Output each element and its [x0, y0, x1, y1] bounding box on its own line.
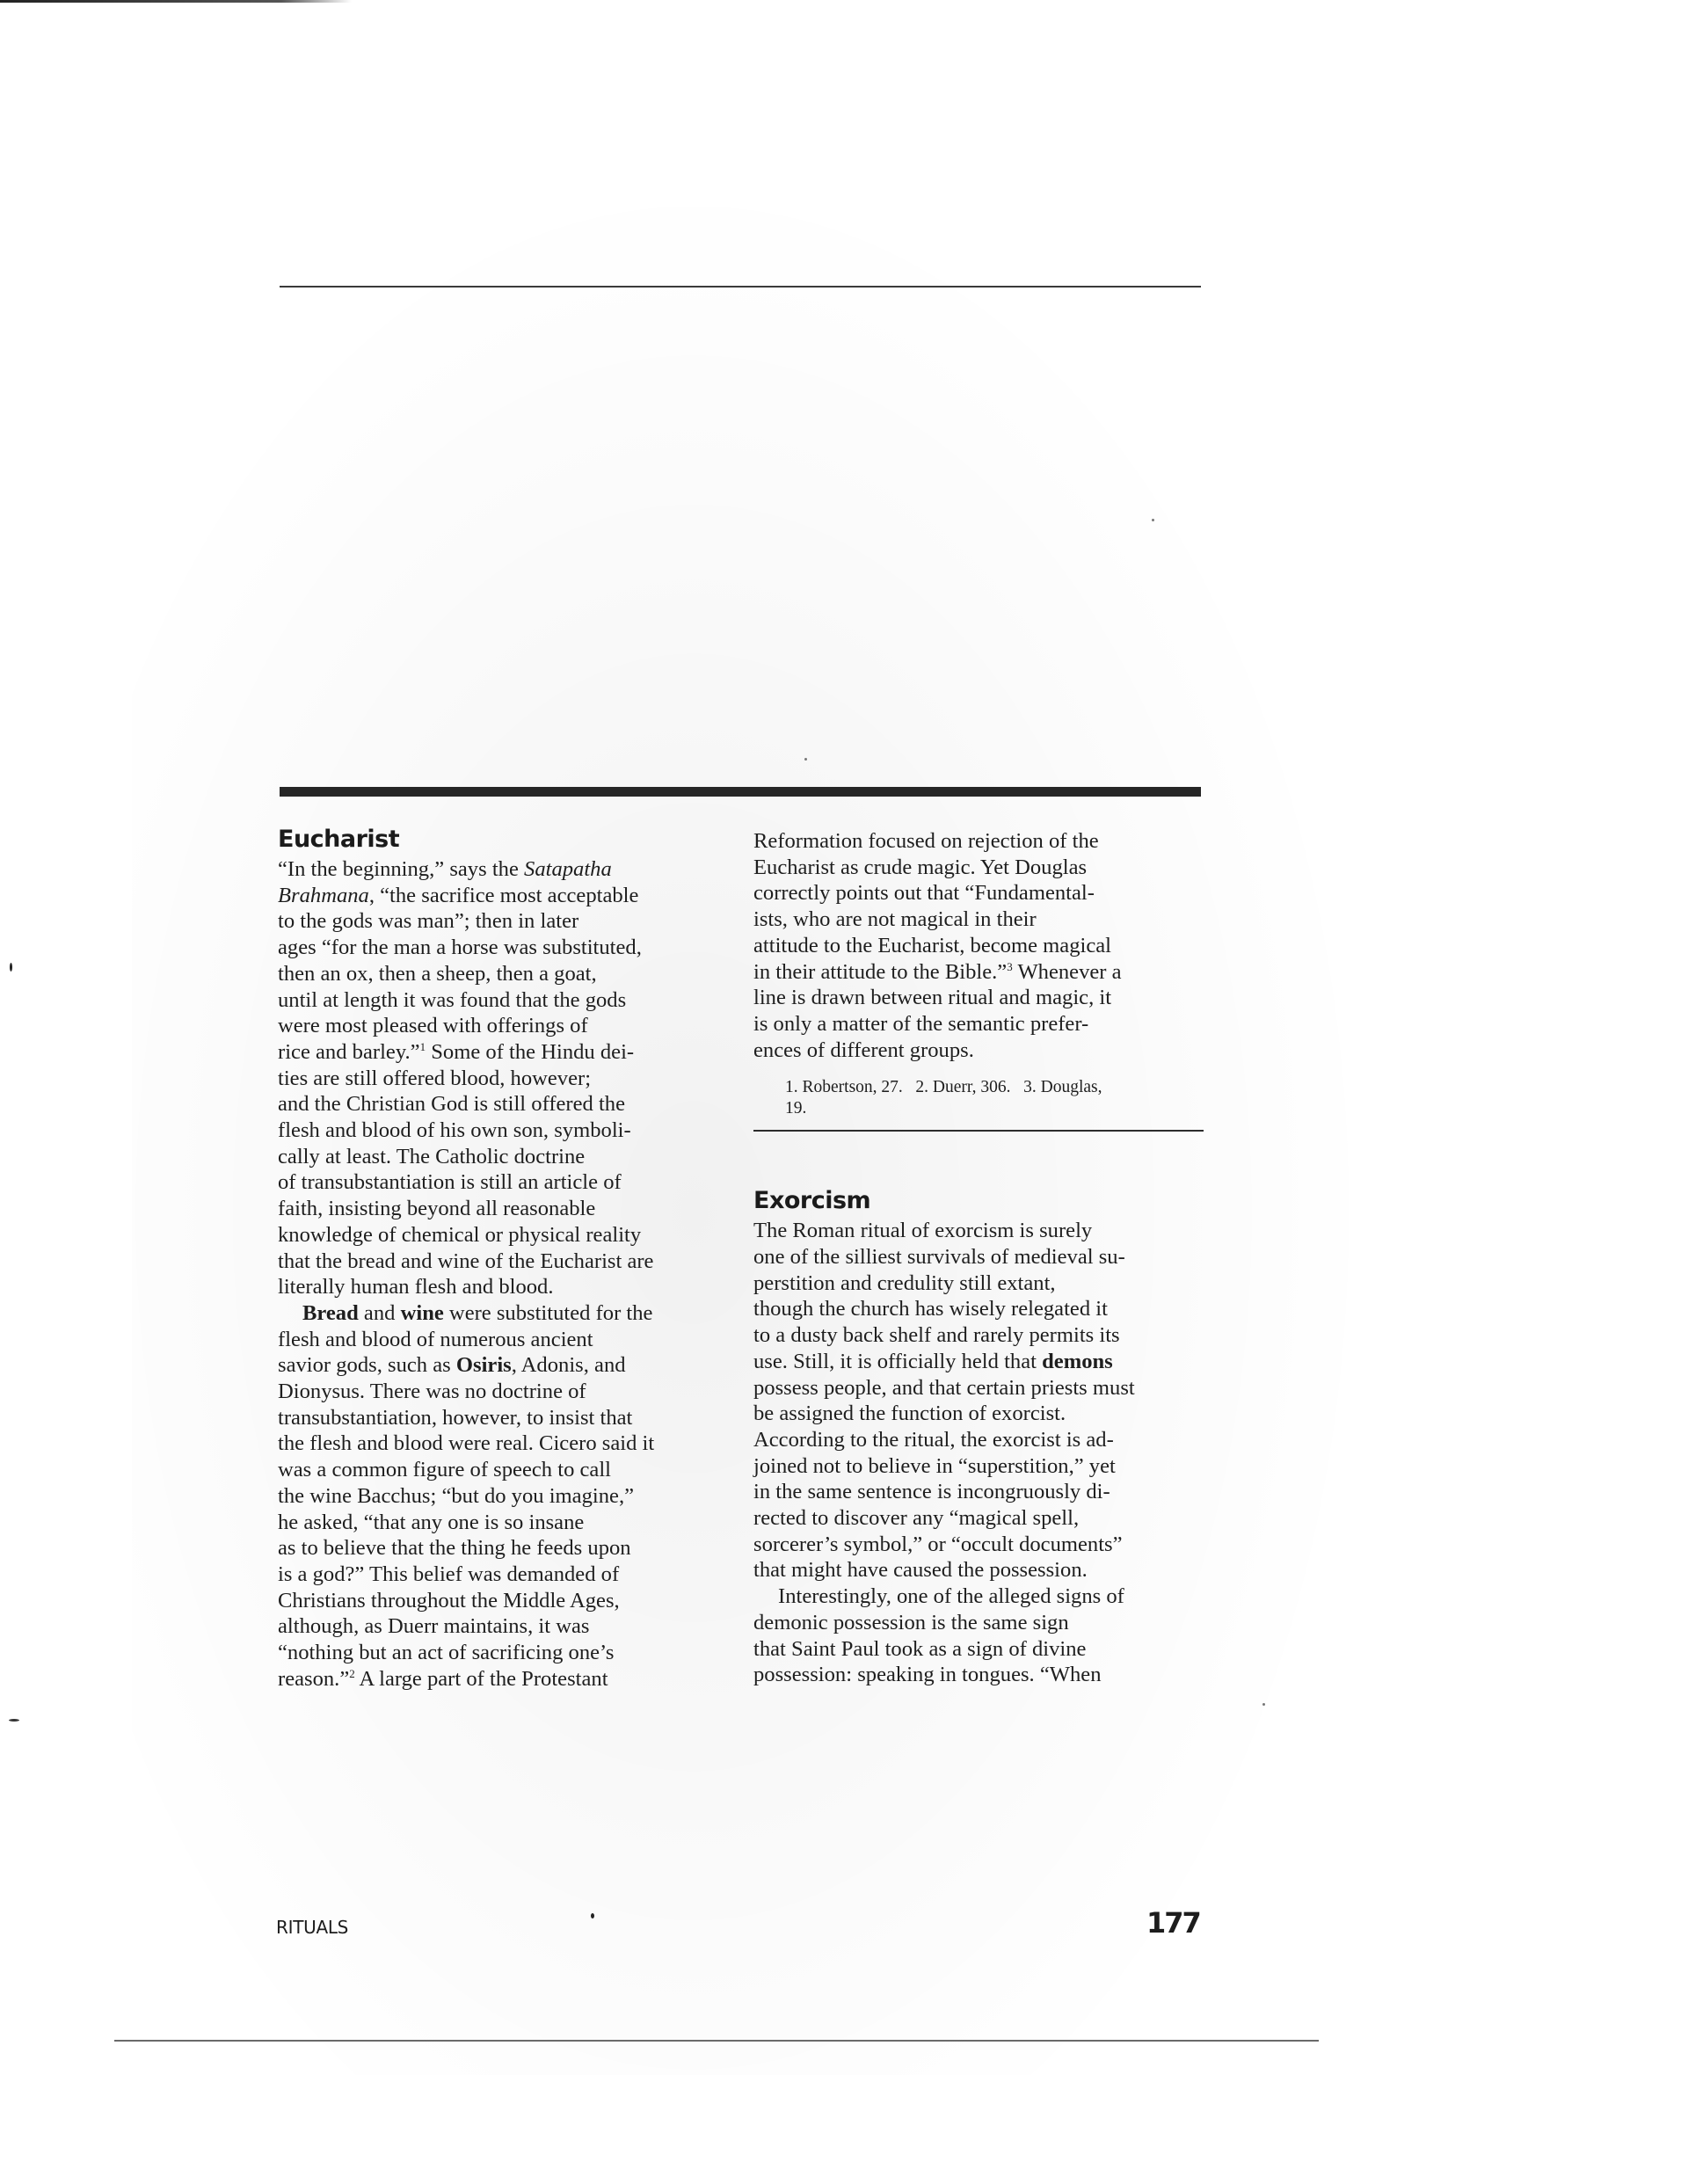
text-line: to a dusty back shelf and rarely permits… [753, 1322, 1211, 1349]
text-line: transubstantiation, however, to insist t… [278, 1405, 735, 1431]
footnote-rule [753, 1130, 1204, 1132]
text-line: that the bread and wine of the Eucharist… [278, 1249, 735, 1275]
bold-term-osiris: Osiris [456, 1353, 512, 1377]
text-line: Interestingly, one of the alleged signs … [753, 1583, 1211, 1610]
text: reason.” [278, 1667, 349, 1691]
exorcism-paragraph-1: The Roman ritual of exorcism is surely o… [753, 1218, 1211, 1583]
text: , Adonis, and [512, 1353, 626, 1377]
text-line: the wine Bacchus; “but do you imagine,” [278, 1483, 735, 1510]
text-line: although, as Duerr maintains, it was [278, 1613, 735, 1640]
bold-term-bread: Bread [302, 1301, 359, 1325]
text-line: demonic possession is the same sign [753, 1610, 1211, 1636]
text-line: line is drawn between ritual and magic, … [753, 985, 1211, 1011]
text-line: attitude to the Eucharist, become magica… [753, 933, 1211, 959]
text-line: to the gods was man”; then in later [278, 908, 735, 935]
right-column: Reformation focused on rejection of the … [753, 828, 1211, 1688]
text-line: rected to discover any “magical spell, [753, 1505, 1211, 1532]
text-line: is only a matter of the semantic prefer- [753, 1011, 1211, 1037]
text-line: cally at least. The Catholic doctrine [278, 1144, 735, 1170]
text-line: possession: speaking in tongues. “When [753, 1662, 1211, 1688]
text: Some of the Hindu dei- [426, 1040, 634, 1064]
top-rule [280, 286, 1201, 288]
scan-edge-line [0, 0, 352, 3]
text-line: literally human flesh and blood. [278, 1274, 735, 1300]
text: in their attitude to the Bible.” [753, 960, 1007, 984]
exorcism-paragraph-2: Interestingly, one of the alleged signs … [753, 1583, 1211, 1688]
text: rice and barley.” [278, 1040, 420, 1064]
text-line: one of the silliest survivals of medieva… [753, 1244, 1211, 1270]
text-line: then an ox, then a sheep, then a goat, [278, 961, 735, 987]
footnotes: 1. Robertson, 27. 2. Duerr, 306. 3. Doug… [785, 1077, 1211, 1119]
text-line: sorcerer’s symbol,” or “occult documents… [753, 1532, 1211, 1558]
text-line: that Saint Paul took as a sign of divine [753, 1636, 1211, 1663]
scan-speck [9, 1719, 19, 1722]
text-line: ences of different groups. [753, 1037, 1211, 1064]
section-title-eucharist: Eucharist [278, 825, 735, 855]
text: and [359, 1301, 401, 1325]
eucharist-paragraph-1: “In the beginning,” says the Satapatha B… [278, 856, 735, 1300]
text-line: be assigned the function of exorcist. [753, 1401, 1211, 1427]
running-footer-section: RITUALS [276, 1917, 348, 1938]
text-line: is a god?” This belief was demanded of [278, 1562, 735, 1588]
text-line: According to the ritual, the exorcist is… [753, 1427, 1211, 1453]
text-line: The Roman ritual of exorcism is surely [753, 1218, 1211, 1244]
scan-speck [1152, 519, 1154, 521]
text-line: ists, who are not magical in their [753, 906, 1211, 933]
scan-speck [10, 963, 12, 972]
page-number: 177 [1146, 1906, 1200, 1940]
text-line: flesh and blood of numerous ancient [278, 1327, 735, 1353]
text-line: knowledge of chemical or physical realit… [278, 1222, 735, 1249]
text-line: as to believe that the thing he feeds up… [278, 1535, 735, 1562]
text: use. Still, it is officially held that [753, 1350, 1042, 1373]
text: , “the sacrifice most acceptable [369, 884, 639, 907]
text-line: until at length it was found that the go… [278, 987, 735, 1014]
scan-speck [804, 758, 807, 761]
text-line: he asked, “that any one is so insane [278, 1510, 735, 1536]
text-line: and the Christian God is still offered t… [278, 1091, 735, 1117]
text-line: “nothing but an act of sacrificing one’s [278, 1640, 735, 1666]
text-line: that might have caused the possession. [753, 1557, 1211, 1583]
text-line: faith, insisting beyond all reasonable [278, 1196, 735, 1222]
text-line: Christians throughout the Middle Ages, [278, 1588, 735, 1614]
scan-speck [1262, 1703, 1265, 1706]
text: were substituted for the [444, 1301, 653, 1325]
text-line: perstition and credulity still extant, [753, 1270, 1211, 1297]
text-line: of transubstantiation is still an articl… [278, 1169, 735, 1196]
text-line: were most pleased with offerings of [278, 1013, 735, 1039]
footnote-list: 1. Robertson, 27. 2. Duerr, 306. 3. Doug… [785, 1077, 1211, 1098]
footnote-list-continued: 19. [785, 1098, 1211, 1119]
text-line: Eucharist as crude magic. Yet Douglas [753, 855, 1211, 881]
text: A large part of the Protestant [355, 1667, 608, 1691]
text-line: though the church has wisely relegated i… [753, 1296, 1211, 1322]
text-line: Reformation focused on rejection of the [753, 828, 1211, 855]
text: “In the beginning,” says the [278, 857, 524, 881]
text-line: correctly points out that “Fundamental- [753, 880, 1211, 906]
text-line: the flesh and blood were real. Cicero sa… [278, 1431, 735, 1457]
text-line: in the same sentence is incongruously di… [753, 1479, 1211, 1505]
bottom-rule [114, 2040, 1319, 2042]
scan-speck [591, 1913, 594, 1918]
text-line: ages “for the man a horse was substitute… [278, 935, 735, 961]
italic-title-brahmana: Brahmana [278, 884, 369, 907]
text: savior gods, such as [278, 1353, 456, 1377]
text-line: possess people, and that certain priests… [753, 1375, 1211, 1401]
italic-title-satapatha: Satapatha [524, 857, 612, 881]
eucharist-paragraph-2: Bread and wine were substituted for the … [278, 1300, 735, 1693]
section-title-exorcism: Exorcism [753, 1186, 1211, 1216]
bold-term-wine: wine [401, 1301, 444, 1325]
text-line: joined not to believe in “superstition,”… [753, 1453, 1211, 1480]
text-line: Dionysus. There was no doctrine of [278, 1379, 735, 1405]
text-line: was a common figure of speech to call [278, 1457, 735, 1483]
left-column: Eucharist “In the beginning,” says the S… [278, 825, 735, 1693]
text-line: flesh and blood of his own son, symboli- [278, 1117, 735, 1144]
text-line: ties are still offered blood, however; [278, 1066, 735, 1092]
bold-term-demons: demons [1042, 1350, 1113, 1373]
eucharist-paragraph-2-continued: Reformation focused on rejection of the … [753, 828, 1211, 1063]
text: Whenever a [1013, 960, 1122, 984]
section-divider-rule [280, 787, 1201, 797]
